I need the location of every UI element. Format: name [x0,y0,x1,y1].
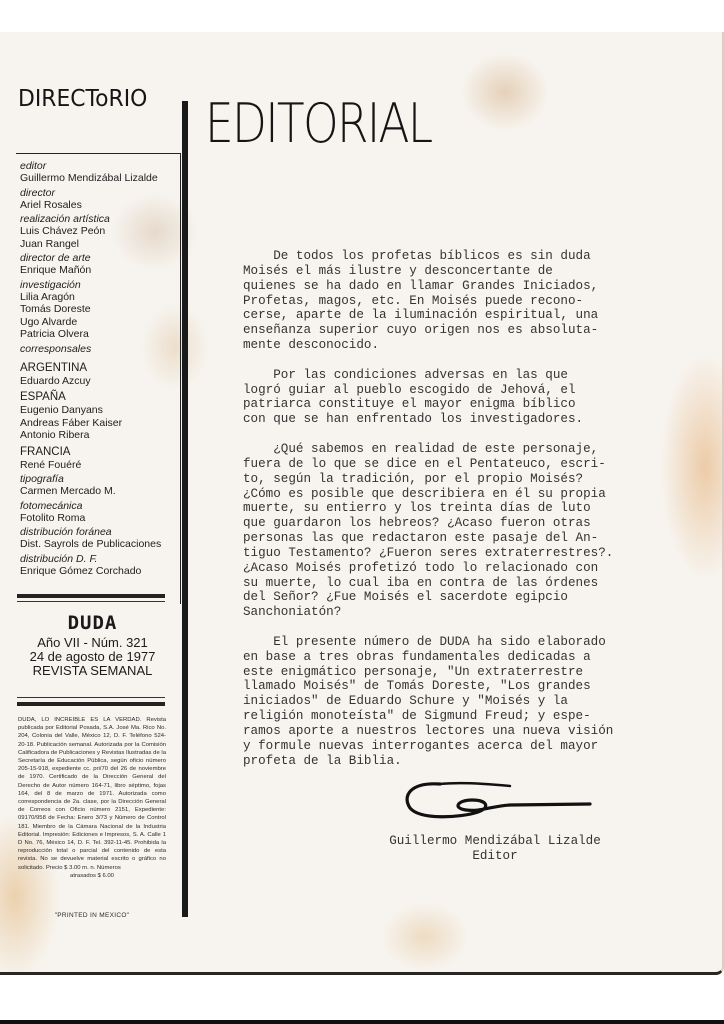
directory-entry: distribución foráneaDist. Sayrols de Pub… [20,526,185,551]
directory-country: ESPAÑA [20,391,185,404]
directory-name: Eduardo Azcuy [20,375,185,388]
directory-name: Carmen Mercado M. [20,485,185,498]
directory-entry: ARGENTINAEduardo Azcuy [20,362,185,388]
directory-name: Dist. Sayrols de Publicaciones [20,538,185,551]
directory-entry: fotomecánicaFotolito Roma [20,500,185,525]
editorial-paragraph: Por las condiciones adversas en las que … [243,368,693,427]
directory-name: Patricia Olvera [20,328,185,341]
directory-role: realización artística [20,213,185,225]
directory-title: DIRECToRIO [18,86,147,112]
divider-rule [17,594,165,598]
signature-icon [400,778,600,828]
directory-country: FRANCIA [20,446,185,459]
duda-logo: DUDA [0,612,185,634]
directory-list: editorGuillermo Mendizábal Lizaldedirect… [20,158,185,578]
directory-name: Luis Chávez Peón [20,225,185,238]
directory-role: tipografía [20,473,185,485]
divider-rule [17,702,165,706]
editorial-body: De todos los profetas bíblicos es sin du… [243,249,693,783]
directory-entry: corresponsales [20,343,185,358]
directory-country: ARGENTINA [20,362,185,375]
directory-entry: tipografíaCarmen Mercado M. [20,473,185,498]
directory-role: director [20,187,185,199]
signer-title: Editor [345,849,645,864]
signer-name: Guillermo Mendizábal Lizalde [345,834,645,849]
directory-role: investigación [20,279,185,291]
issue-number: Año VII - Núm. 321 [0,636,185,650]
signature-block: Guillermo Mendizábal Lizalde Editor [345,834,645,864]
issue-date: 24 de agosto de 1977 [0,650,185,664]
directory-entry: distribución D. F.Enrique Gómez Corchado [20,553,185,578]
directory-entry: ESPAÑAEugenio DanyansAndreas Fáber Kaise… [20,391,185,442]
directory-name: Lilia Aragón [20,291,185,304]
directory-role: director de arte [20,252,185,264]
directory-role: fotomecánica [20,500,185,512]
scan-edge [0,1020,724,1024]
divider-rule [17,697,165,698]
paper-stain [460,52,550,132]
issue-frequency: REVISTA SEMANAL [0,664,185,678]
directory-name: Juan Rangel [20,238,185,251]
printed-in-mexico: "PRINTED IN MEXICO" [18,912,166,919]
directory-entry: director de arteEnrique Mañón [20,252,185,277]
directory-name: Ariel Rosales [20,199,185,212]
directory-name: Ugo Alvarde [20,316,185,329]
back-issue-price: atrasados $ 6.00 [18,872,166,880]
directory-name: Andreas Fáber Kaiser [20,417,185,430]
directory-name: Antonio Ribera [20,429,185,442]
paper-stain [380,902,470,972]
directory-entry: directorAriel Rosales [20,187,185,212]
editorial-paragraph: ¿Qué sabemos en realidad de este persona… [243,442,693,620]
directory-name: Fotolito Roma [20,512,185,525]
directory-role: editor [20,160,185,172]
directory-role: corresponsales [20,343,185,355]
directory-name: René Fouéré [20,459,185,472]
legal-notice: DUDA, LO INCREIBLE ES LA VERDAD. Revista… [18,716,166,880]
issue-info: Año VII - Núm. 321 24 de agosto de 1977 … [0,636,185,678]
directory-role: distribución D. F. [20,553,185,565]
divider-rule [17,601,165,602]
editorial-paragraph: De todos los profetas bíblicos es sin du… [243,249,693,353]
directory-name: Guillermo Mendizábal Lizalde [20,172,185,185]
directory-name: Enrique Mañón [20,264,185,277]
legal-text: DUDA, LO INCREIBLE ES LA VERDAD. Revista… [18,716,166,872]
directory-entry: realización artísticaLuis Chávez PeónJua… [20,213,185,250]
editorial-title: EDITORIAL [205,94,431,154]
directory-name: Tomás Doreste [20,303,185,316]
directory-entry: editorGuillermo Mendizábal Lizalde [20,160,185,185]
directory-entry: FRANCIARené Fouéré [20,446,185,472]
directory-name: Eugenio Danyans [20,404,185,417]
directory-role: distribución foránea [20,526,185,538]
column-divider [182,101,188,917]
directory-name: Enrique Gómez Corchado [20,565,185,578]
editorial-paragraph: El presente número de DUDA ha sido elabo… [243,635,693,769]
directory-entry: investigaciónLilia AragónTomás DoresteUg… [20,279,185,341]
